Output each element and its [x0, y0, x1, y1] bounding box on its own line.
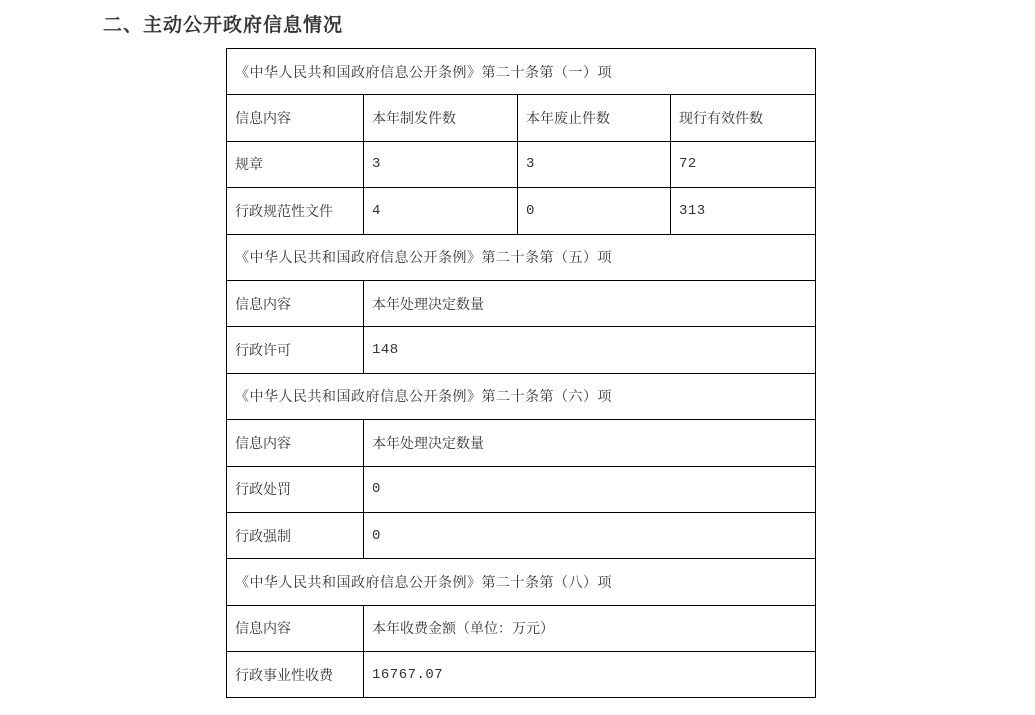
column-header-decision-count: 本年处理决定数量: [364, 280, 816, 326]
table-row-administrative-fees: 行政事业性收费 16767.07: [227, 652, 816, 698]
column-header-issued-count: 本年制发件数: [364, 95, 518, 141]
column-header-info-content: 信息内容: [227, 420, 364, 466]
row-label: 行政处罚: [227, 466, 364, 512]
row-label: 规章: [227, 141, 364, 187]
table-row-normative-documents: 行政规范性文件 4 0 313: [227, 188, 816, 234]
disclosure-table: 《中华人民共和国政府信息公开条例》第二十条第（一）项 信息内容 本年制发件数 本…: [226, 48, 816, 698]
row-label: 行政规范性文件: [227, 188, 364, 234]
column-header-info-content: 信息内容: [227, 95, 364, 141]
cell-value: 16767.07: [364, 652, 816, 698]
cell-value: 0: [518, 188, 671, 234]
cell-value: 148: [364, 327, 816, 373]
row-label: 行政事业性收费: [227, 652, 364, 698]
table-row-regulations: 规章 3 3 72: [227, 141, 816, 187]
cell-value: 72: [671, 141, 816, 187]
table-row-administrative-coercion: 行政强制 0: [227, 512, 816, 558]
cell-value: 4: [364, 188, 518, 234]
table-row-administrative-penalty: 行政处罚 0: [227, 466, 816, 512]
section-header-article-20-5: 《中华人民共和国政府信息公开条例》第二十条第（五）项: [227, 234, 816, 280]
column-header-row: 信息内容 本年处理决定数量: [227, 280, 816, 326]
table-row-administrative-license: 行政许可 148: [227, 327, 816, 373]
row-label: 行政许可: [227, 327, 364, 373]
row-label: 行政强制: [227, 512, 364, 558]
column-header-row: 信息内容 本年处理决定数量: [227, 420, 816, 466]
section-header-row: 《中华人民共和国政府信息公开条例》第二十条第（八）项: [227, 559, 816, 605]
column-header-info-content: 信息内容: [227, 605, 364, 651]
column-header-row: 信息内容 本年收费金额（单位：万元）: [227, 605, 816, 651]
report-page: 二、主动公开政府信息情况 《中华人民共和国政府信息公开条例》第二十条第（一）项 …: [0, 0, 1035, 715]
cell-value: 3: [518, 141, 671, 187]
section-header-row: 《中华人民共和国政府信息公开条例》第二十条第（五）项: [227, 234, 816, 280]
column-header-decision-count: 本年处理决定数量: [364, 420, 816, 466]
section-header-row: 《中华人民共和国政府信息公开条例》第二十条第（六）项: [227, 373, 816, 419]
section-header-article-20-1: 《中华人民共和国政府信息公开条例》第二十条第（一）项: [227, 49, 816, 95]
column-header-row: 信息内容 本年制发件数 本年废止件数 现行有效件数: [227, 95, 816, 141]
column-header-repealed-count: 本年废止件数: [518, 95, 671, 141]
cell-value: 313: [671, 188, 816, 234]
section-header-article-20-6: 《中华人民共和国政府信息公开条例》第二十条第（六）项: [227, 373, 816, 419]
section-header-article-20-8: 《中华人民共和国政府信息公开条例》第二十条第（八）项: [227, 559, 816, 605]
page-title: 二、主动公开政府信息情况: [103, 10, 343, 37]
cell-value: 0: [364, 466, 816, 512]
cell-value: 3: [364, 141, 518, 187]
column-header-info-content: 信息内容: [227, 280, 364, 326]
cell-value: 0: [364, 512, 816, 558]
column-header-fee-amount: 本年收费金额（单位：万元）: [364, 605, 816, 651]
section-header-row: 《中华人民共和国政府信息公开条例》第二十条第（一）项: [227, 49, 816, 95]
column-header-effective-count: 现行有效件数: [671, 95, 816, 141]
